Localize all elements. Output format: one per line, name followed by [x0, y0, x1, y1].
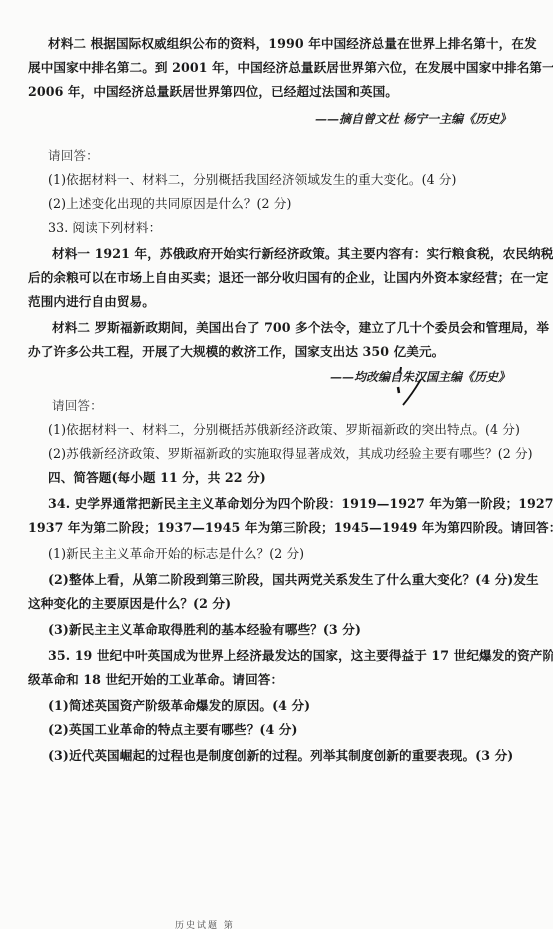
q33-material1-line1: 材料一 1921 年，苏俄政府开始实行新经济政策。其主要内容有：实行粮食税，农民…: [52, 246, 553, 262]
q35-question-1: (1)简述英国资产阶级革命爆发的原因。(4 分): [48, 698, 310, 714]
q32-question-1: (1)依据材料一、材料二，分别概括我国经济领域发生的重大变化。(4 分): [48, 172, 457, 188]
q34-question-2: (2)整体上看，从第二阶段到第三阶段，国共两党关系发生了什么重大变化？(4 分)…: [48, 572, 539, 588]
q34-question-3: (3)新民主主义革命取得胜利的基本经验有哪些？(3 分): [48, 622, 361, 638]
q34-question-2-cont: 这种变化的主要原因是什么？(2 分): [28, 596, 231, 612]
q34-question-1: (1)新民主主义革命开始的标志是什么？(2 分): [48, 546, 304, 562]
q35-question-2: (2)英国工业革命的特点主要有哪些？(4 分): [48, 722, 298, 738]
q32-citation: ——摘自曾文杜 杨宁一主编《历史》: [315, 110, 511, 127]
q35-line2: 级革命和 18 世纪开始的工业革命。请回答：: [28, 672, 283, 688]
q33-intro: 33. 阅读下列材料：: [48, 220, 161, 236]
exam-page: 材料二 根据国际权威组织公布的资料，1990 年中国经济总量在世界上排名第十，在…: [0, 0, 553, 929]
q32-prompt: 请回答：: [48, 148, 99, 164]
q33-material1-line3: 范围内进行自由贸易。: [28, 294, 155, 310]
q32-question-2: (2)上述变化出现的共同原因是什么？(2 分): [48, 196, 291, 212]
q34-line1: 34. 史学界通常把新民主主义革命划分为四个阶段：1919—1927 年为第一阶…: [48, 496, 553, 512]
q32-material2-line1: 材料二 根据国际权威组织公布的资料，1990 年中国经济总量在世界上排名第十，在…: [48, 36, 537, 52]
q35-line1: 35. 19 世纪中叶英国成为世界上经济最发达的国家，这主要得益于 17 世纪爆…: [48, 648, 553, 664]
q33-question-2: (2)苏俄新经济政策、罗斯福新政的实施取得显著成效，其成功经验主要有哪些？(2 …: [48, 446, 533, 462]
q32-material2-line3: 2006 年，中国经济总量跃居世界第四位，已经超过法国和英国。: [28, 84, 398, 100]
q32-material2-line2: 展中国家中排名第二。到 2001 年，中国经济总量跃居世界第六位，在发展中国家中…: [28, 60, 553, 76]
q33-material2-line1: 材料二 罗斯福新政期间，美国出台了 700 多个法令，建立了几十个委员会和管理局…: [52, 320, 549, 336]
q33-question-1: (1)依据材料一、材料二，分别概括苏俄新经济政策、罗斯福新政的突出特点。(4 分…: [48, 422, 520, 438]
q33-material2-line2: 办了许多公共工程，开展了大规模的救济工作，国家支出达 350 亿美元。: [28, 344, 444, 360]
q33-prompt: 请回答：: [52, 398, 103, 414]
q34-line2: 1937 年为第二阶段；1937—1945 年为第三阶段；1945—1949 年…: [28, 520, 553, 536]
page-footer: 历史试题 第: [175, 918, 235, 929]
q35-question-3: (3)近代英国崛起的过程也是制度创新的过程。列举其制度创新的重要表现。(3 分): [48, 748, 513, 764]
section4-heading: 四、简答题(每小题 11 分，共 22 分): [48, 470, 266, 486]
q33-material1-line2: 后的余粮可以在市场上自由买卖；退还一部分收归国有的企业，让国内外资本家经营；在一…: [28, 270, 548, 286]
pen-mark-icon: [395, 365, 435, 410]
